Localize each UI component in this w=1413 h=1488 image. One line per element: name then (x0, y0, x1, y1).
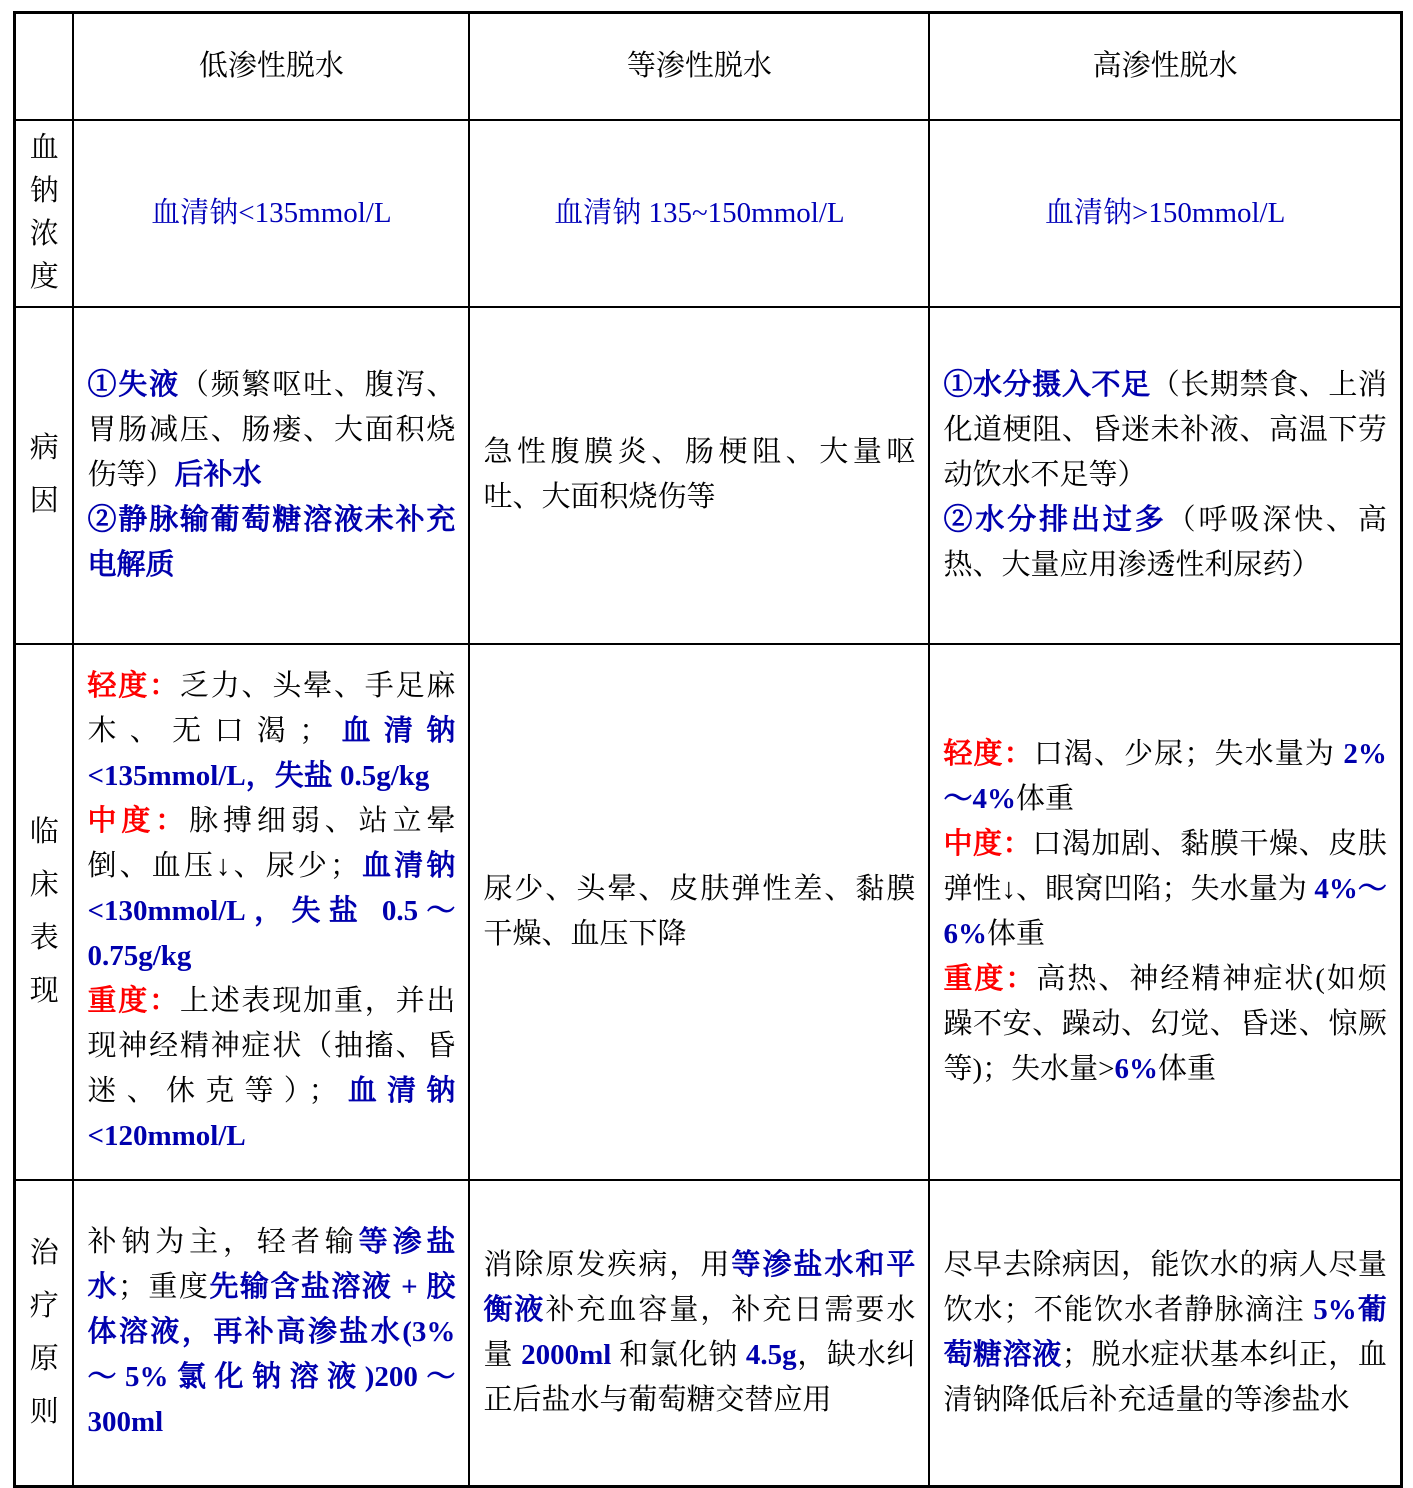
row-etiology: 病因 ①失液（频繁呕吐、腹泻、胃肠减压、肠瘘、大面积烧伤等）后补水②静脉输葡萄糖… (15, 307, 1402, 644)
cell-sodium-hypertonic: 血清钠>150mmol/L (929, 120, 1401, 307)
text-segment: 轻度： (943, 738, 1033, 770)
text-segment: 体重 (987, 918, 1045, 950)
cell-treatment-isotonic: 消除原发疾病，用等渗盐水和平衡液补充血容量，补充日需要水量 2000ml 和氯化… (469, 1180, 929, 1487)
text-segment: 2000ml (521, 1339, 611, 1371)
row-serum-sodium: 血钠浓度 血清钠<135mmol/L 血清钠 135~150mmol/L 血清钠… (15, 120, 1402, 307)
text-segment: 体重 (1158, 1053, 1216, 1085)
text-segment: 补钠为主，轻者输 (87, 1226, 358, 1258)
row-label-clinical-manifestations: 临床表现 (15, 644, 74, 1180)
text-segment: 消除原发疾病，用 (483, 1249, 731, 1281)
text-segment: 中度： (943, 828, 1032, 860)
header-row: 低渗性脱水 等渗性脱水 高渗性脱水 (15, 13, 1402, 120)
cell-sodium-isotonic: 血清钠 135~150mmol/L (469, 120, 929, 307)
corner-cell (15, 13, 74, 120)
text-segment: 和氯化钠 (611, 1339, 746, 1371)
text-segment: ；重度 (118, 1271, 210, 1303)
row-label-text: 血钠浓度 (29, 127, 59, 299)
text-segment: ①水分摄入不足 (943, 369, 1150, 401)
cell-etiology-hypotonic: ①失液（频繁呕吐、腹泻、胃肠减压、肠瘘、大面积烧伤等）后补水②静脉输葡萄糖溶液未… (73, 307, 469, 644)
text-segment: 后补水 (174, 459, 261, 491)
column-header-hypertonic: 高渗性脱水 (929, 13, 1401, 120)
text-segment: 口渴、少尿；失水量为 (1034, 738, 1344, 770)
cell-etiology-hypertonic: ①水分摄入不足（长期禁食、上消化道梗阻、昏迷未补液、高温下劳动饮水不足等）②水分… (929, 307, 1401, 644)
column-header-hypotonic: 低渗性脱水 (73, 13, 469, 120)
text-segment: 6% (1114, 1053, 1158, 1085)
cell-sodium-hypotonic: 血清钠<135mmol/L (73, 120, 469, 307)
row-label-treatment-principles: 治疗原则 (15, 1180, 74, 1487)
text-segment: 尿少、头晕、皮肤弹性差、黏膜干燥、血压下降 (483, 873, 915, 950)
row-clinical-manifestations: 临床表现 轻度：乏力、头晕、手足麻木、无口渴；血清钠<135mmol/L，失盐 … (15, 644, 1402, 1180)
cell-clinical-isotonic: 尿少、头晕、皮肤弹性差、黏膜干燥、血压下降 (469, 644, 929, 1180)
column-header-isotonic: 等渗性脱水 (469, 13, 929, 120)
text-segment: ①失液 (87, 369, 179, 401)
text-segment: 重度： (943, 963, 1036, 995)
cell-clinical-hypertonic: 轻度：口渴、少尿；失水量为 2%～4%体重中度：口渴加剧、黏膜干燥、皮肤弹性↓、… (929, 644, 1401, 1180)
row-label-text: 病因 (29, 422, 59, 528)
row-label-text: 临床表现 (29, 806, 59, 1018)
text-segment: 4.5g (746, 1339, 797, 1371)
text-segment: 血清钠 135~150mmol/L (554, 197, 844, 229)
row-label-serum-sodium: 血钠浓度 (15, 120, 74, 307)
row-treatment-principles: 治疗原则 补钠为主，轻者输等渗盐水；重度先输含盐溶液 + 胶体溶液，再补高渗盐水… (15, 1180, 1402, 1487)
text-segment: ②静脉输葡萄糖溶液未补充电解质 (87, 504, 455, 581)
dehydration-comparison-table: 低渗性脱水 等渗性脱水 高渗性脱水 血钠浓度 血清钠<135mmol/L 血清钠… (13, 11, 1403, 1488)
cell-treatment-hypotonic: 补钠为主，轻者输等渗盐水；重度先输含盐溶液 + 胶体溶液，再补高渗盐水(3%～5… (73, 1180, 469, 1487)
cell-etiology-isotonic: 急性腹膜炎、肠梗阻、大量呕吐、大面积烧伤等 (469, 307, 929, 644)
cell-clinical-hypotonic: 轻度：乏力、头晕、手足麻木、无口渴；血清钠<135mmol/L，失盐 0.5g/… (73, 644, 469, 1180)
text-segment: 血清钠<135mmol/L (151, 197, 391, 229)
row-label-etiology: 病因 (15, 307, 74, 644)
text-segment: 重度： (87, 985, 179, 1017)
text-segment: 轻度： (87, 670, 179, 702)
text-segment: 急性腹膜炎、肠梗阻、大量呕吐、大面积烧伤等 (483, 436, 915, 513)
text-segment: 体重 (1016, 783, 1074, 815)
cell-treatment-hypertonic: 尽早去除病因，能饮水的病人尽量饮水；不能饮水者静脉滴注 5%葡萄糖溶液；脱水症状… (929, 1180, 1401, 1487)
text-segment: 血清钠>150mmol/L (1045, 197, 1285, 229)
text-segment: ②水分排出过多 (943, 504, 1166, 536)
text-segment: 中度： (87, 805, 189, 837)
row-label-text: 治疗原则 (29, 1227, 59, 1439)
